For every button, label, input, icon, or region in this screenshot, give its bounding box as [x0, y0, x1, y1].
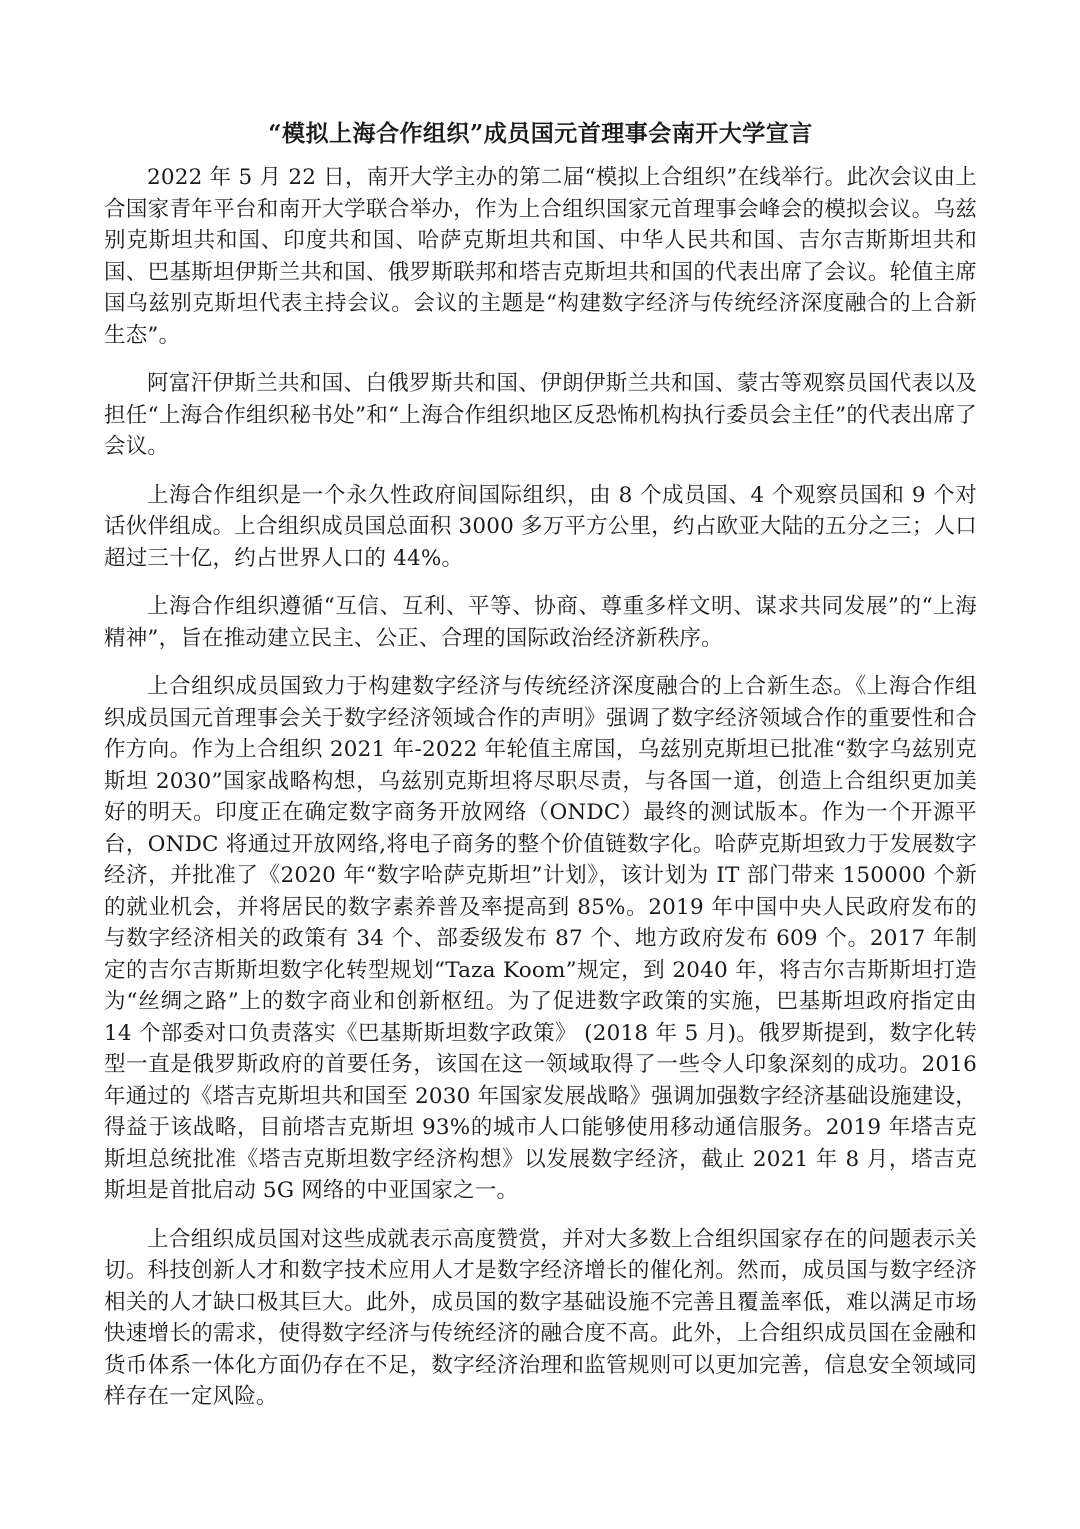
paragraph-meeting-overview: 2022 年 5 月 22 日，南开大学主办的第二届“模拟上合组织”在线举行。此… — [104, 162, 977, 351]
paragraph-shanghai-spirit: 上海合作组织遵循“互信、互利、平等、协商、尊重多样文明、谋求共同发展”的“上海精… — [104, 591, 977, 654]
paragraph-digital-economy: 上合组织成员国致力于构建数字经济与传统经济深度融合的上合新生态。《上海合作组织成… — [104, 671, 977, 1207]
document-page: “模拟上海合作组织”成员国元首理事会南开大学宣言 2022 年 5 月 22 日… — [104, 118, 977, 1430]
paragraph-concerns: 上合组织成员国对这些成就表示高度赞赏，并对大多数上合组织国家存在的问题表示关切。… — [104, 1224, 977, 1413]
paragraph-observers: 阿富汗伊斯兰共和国、白俄罗斯共和国、伊朗伊斯兰共和国、蒙古等观察员国代表以及担任… — [104, 368, 977, 463]
document-title: “模拟上海合作组织”成员国元首理事会南开大学宣言 — [104, 118, 977, 150]
paragraph-sco-composition: 上海合作组织是一个永久性政府间国际组织，由 8 个成员国、4 个观察员国和 9 … — [104, 480, 977, 575]
